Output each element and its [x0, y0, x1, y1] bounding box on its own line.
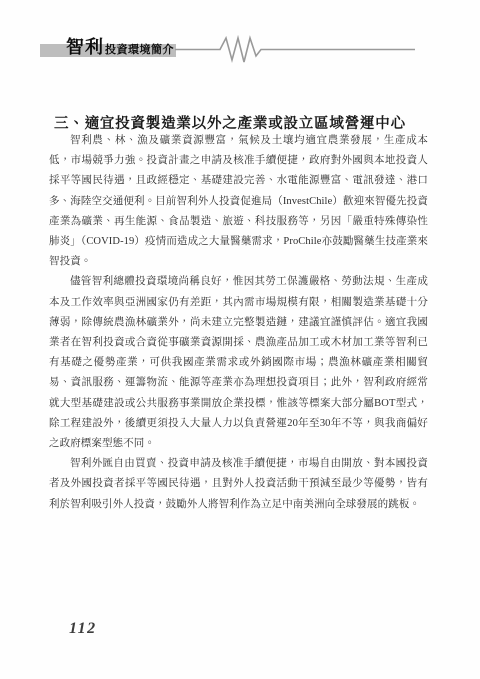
- paragraph-1: 智利農、林、漁及礦業資源豐富，氣候及土壤均適宜農業發展，生產成本低，市場競爭力強…: [49, 131, 428, 272]
- header-title-subtitle: 投資環境簡介: [105, 41, 174, 57]
- page-number: 112: [69, 620, 97, 638]
- document-page: 智利 投資環境簡介 三、適宜投資製造業以外之產業或設立區域營運中心 智利農、林、…: [0, 0, 480, 679]
- paragraph-3: 智利外匯自由買賣、投資申請及核准手續便捷，市場自由開放、對本國投資者及外國投資者…: [49, 454, 428, 515]
- body-text-block: 智利農、林、漁及礦業資源豐富，氣候及土壤均適宜農業發展，生產成本低，市場競爭力強…: [49, 131, 428, 515]
- header-title-country: 智利: [66, 33, 104, 59]
- header-title: 智利 投資環境簡介: [66, 33, 174, 57]
- heartbeat-line-icon: [175, 35, 415, 65]
- section-heading: 三、適宜投資製造業以外之產業或設立區域營運中心: [54, 112, 454, 133]
- paragraph-2: 儘管智利總體投資環境尚稱良好，惟因其勞工保護嚴格、勞動法規、生產成本及工作效率與…: [49, 272, 428, 454]
- running-header: 智利 投資環境簡介: [0, 0, 480, 72]
